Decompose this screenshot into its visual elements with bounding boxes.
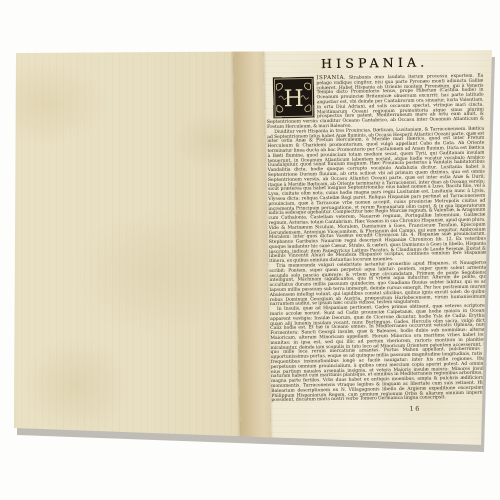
page-number: 16 <box>409 405 420 413</box>
ornate-drop-cap-icon: H <box>273 77 314 118</box>
blank-verso-page <box>0 0 252 470</box>
paragraph-3: Tria memoranda vulgari celebritate iacta… <box>269 262 487 309</box>
letterpress-text-block: HISPANIA. H Ispania, Strabonis æuo lauda… <box>266 54 489 416</box>
paragraph-4: In Insulis, quæ ad Hispaniam pertinent, … <box>270 305 488 404</box>
paragraph-1: H Ispania, Strabonis æuo laudata iterum … <box>266 74 484 131</box>
photo-background: HISPANIA. H Ispania, Strabonis æuo lauda… <box>0 0 500 500</box>
paragraph-2: Diuiditur verò Hispania in tres Prouinci… <box>267 127 486 265</box>
page-title: HISPANIA. <box>266 54 483 72</box>
paper-sheet: HISPANIA. H Ispania, Strabonis æuo lauda… <box>0 0 500 500</box>
drop-cap-letter: H <box>283 86 303 112</box>
